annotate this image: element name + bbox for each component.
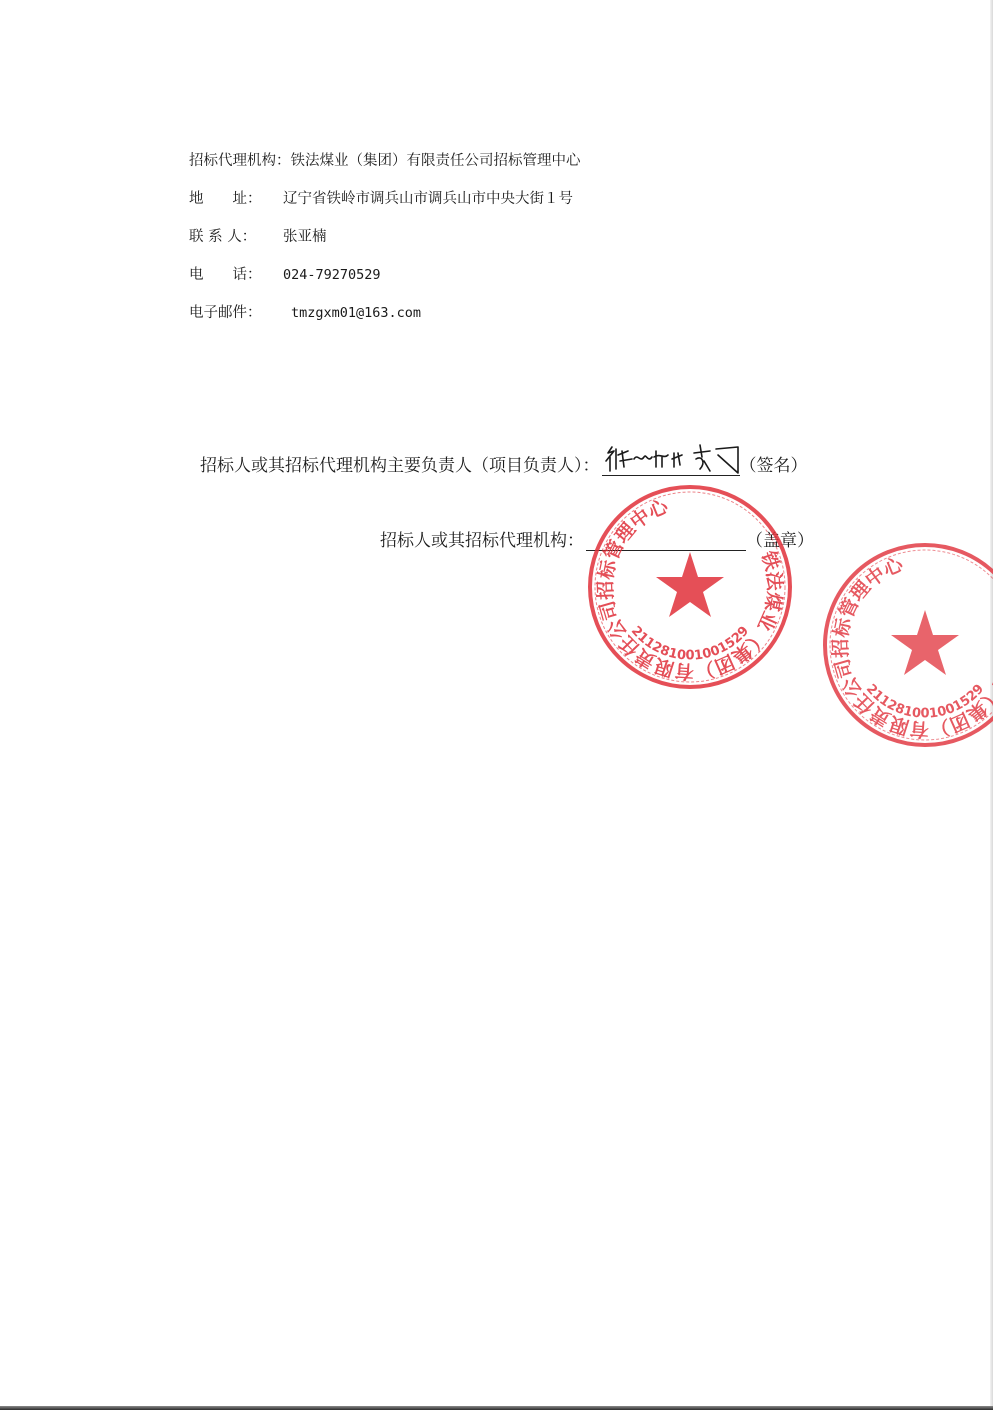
address-label: 地 址： <box>189 188 262 210</box>
page-edge-bottom <box>0 1406 993 1410</box>
signature-field[interactable] <box>602 455 740 476</box>
signature-suffix: （签名） <box>740 456 808 476</box>
agency-row: 招标代理机构：铁法煤业（集团）有限责任公司招标管理中心 <box>189 150 581 188</box>
phone-label: 电 话： <box>189 264 262 286</box>
seal-stamp-icon: 铁法煤业（集团）有限责任公司招标管理中心 211281001001529 <box>585 482 795 692</box>
contact-person-row: 联 系 人： 张亚楠 <box>189 226 581 264</box>
agency-label: 招标代理机构： <box>189 150 291 172</box>
contact-info-block: 招标代理机构：铁法煤业（集团）有限责任公司招标管理中心 地 址： 辽宁省铁岭市调… <box>189 150 581 340</box>
email-row: 电子邮件： tmzgxm01@163.com <box>189 302 581 340</box>
email-label: 电子邮件： <box>189 302 262 324</box>
contact-person-value: 张亚楠 <box>283 226 327 248</box>
responsible-person-signature-line: 招标人或其招标代理机构主要负责人（项目负责人）： （签名） <box>200 451 808 476</box>
seal-stamp-partial-icon: 铁法煤业（集团）有限责任公司招标管理中心 211281001001529 <box>820 540 993 750</box>
contact-person-label: 联 系 人： <box>189 226 256 248</box>
address-value: 辽宁省铁岭市调兵山市调兵山市中央大街１号 <box>283 188 573 210</box>
phone-row: 电 话： 024-79270529 <box>189 264 581 302</box>
handwritten-signature-icon <box>602 441 742 477</box>
company-seal-partial: 铁法煤业（集团）有限责任公司招标管理中心 211281001001529 <box>820 540 993 750</box>
email-value: tmzgxm01@163.com <box>291 302 421 324</box>
company-seal: 铁法煤业（集团）有限责任公司招标管理中心 211281001001529 <box>585 482 795 692</box>
agency-seal-label: 招标人或其招标代理机构： <box>380 531 584 551</box>
address-row: 地 址： 辽宁省铁岭市调兵山市调兵山市中央大街１号 <box>189 188 581 226</box>
agency-value: 铁法煤业（集团）有限责任公司招标管理中心 <box>291 153 581 169</box>
responsible-person-label: 招标人或其招标代理机构主要负责人（项目负责人）： <box>200 456 600 476</box>
phone-value: 024-79270529 <box>283 264 381 286</box>
